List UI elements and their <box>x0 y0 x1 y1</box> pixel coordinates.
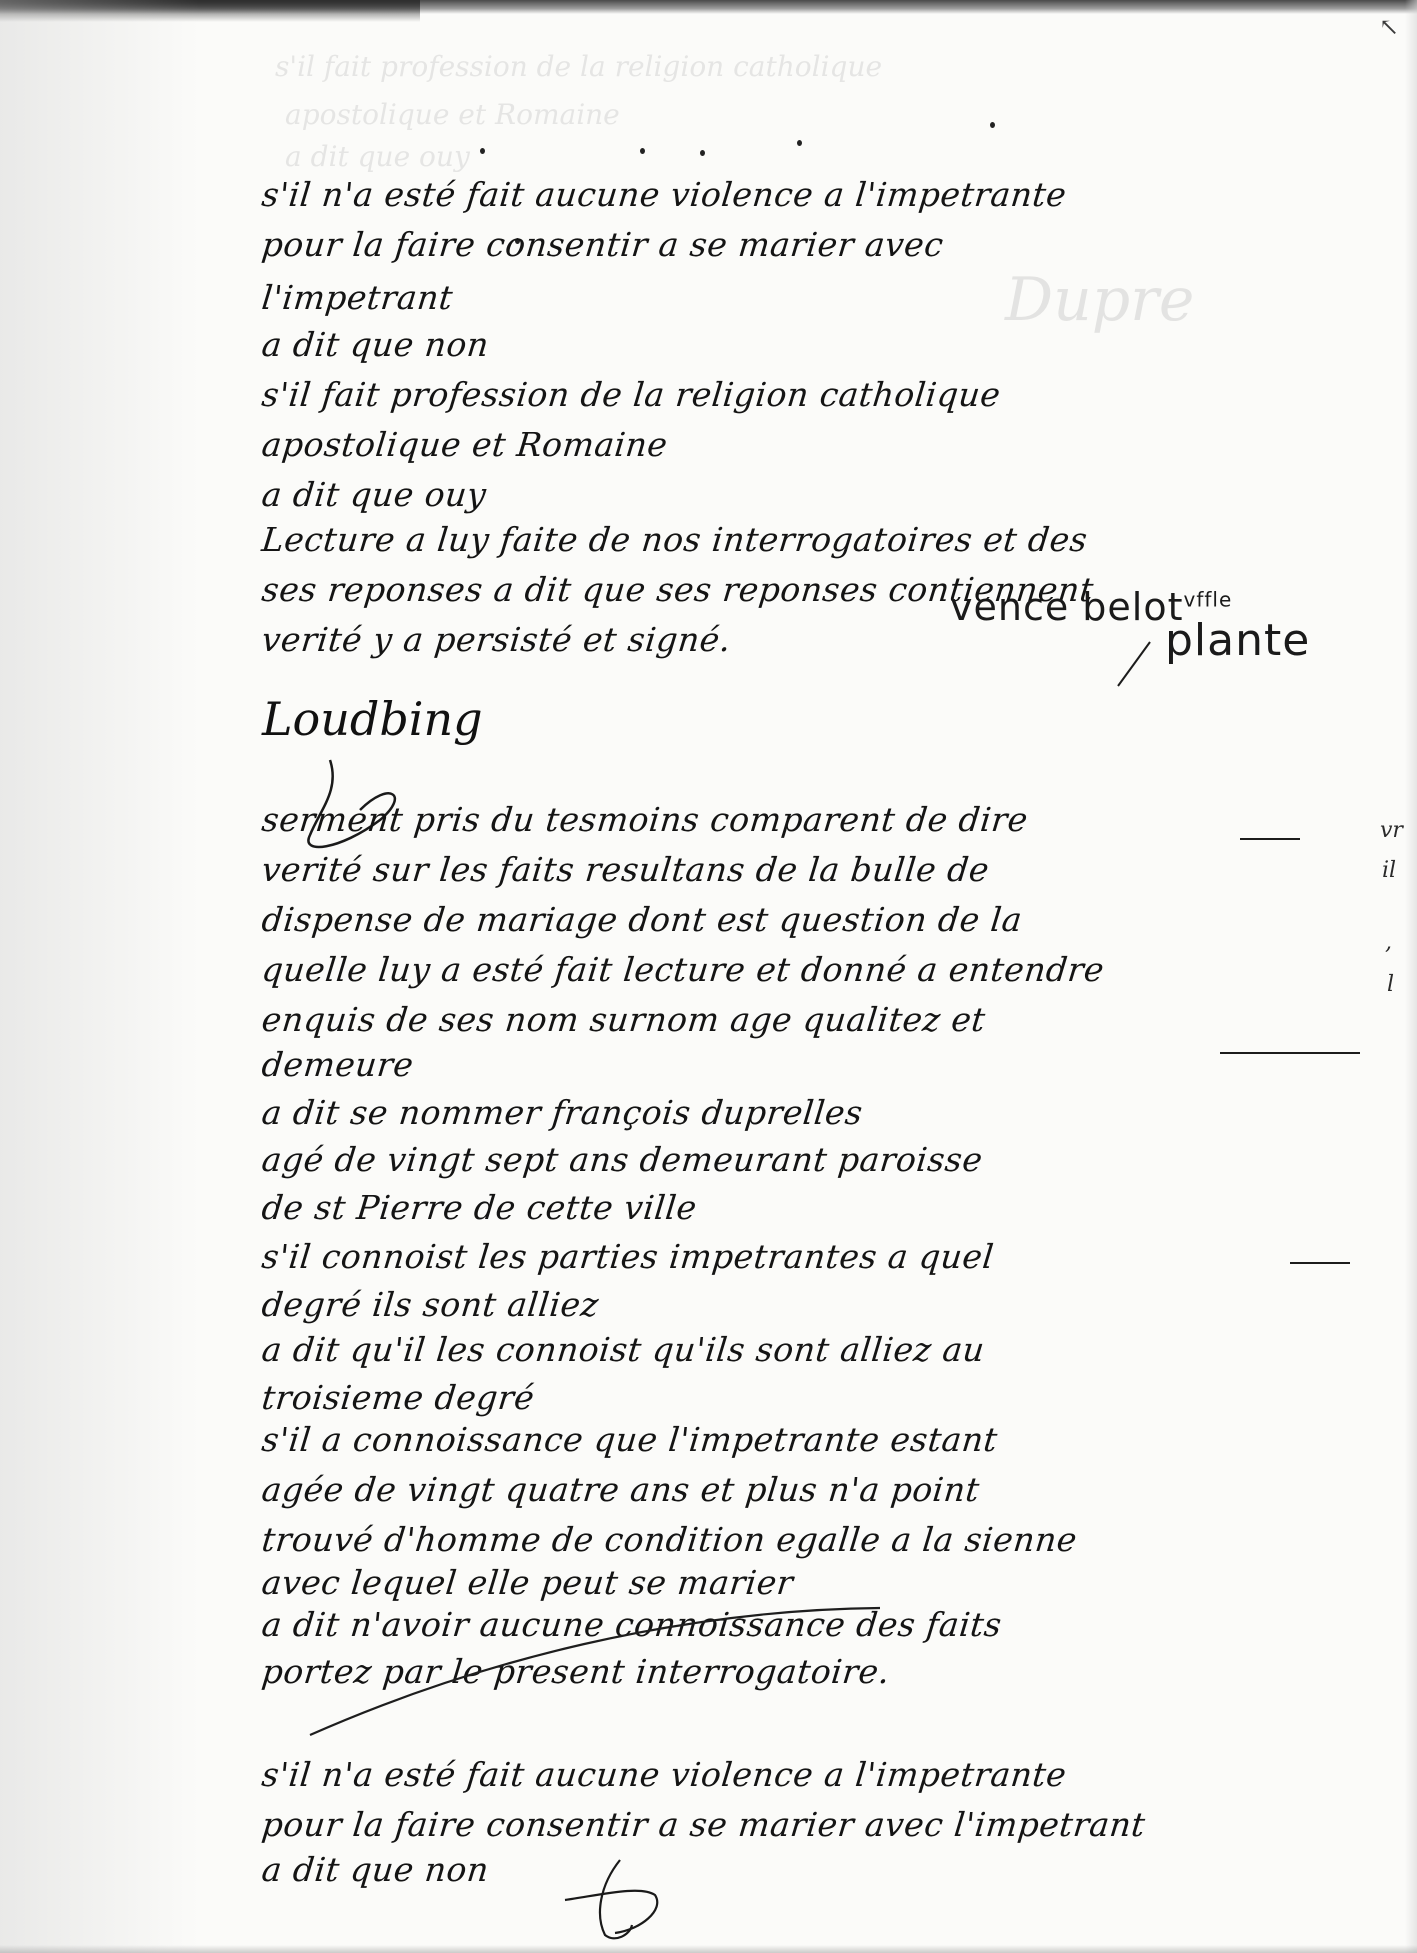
signature-loudbing: Loudbing <box>262 692 483 746</box>
manuscript-line: portez par le present interrogatoire. <box>260 1652 892 1691</box>
signature-suffix: vffle <box>1184 587 1233 611</box>
manuscript-line: s'il fait profession de la religion cath… <box>260 375 1003 414</box>
manuscript-line: a dit se nommer françois duprelles <box>260 1093 865 1132</box>
manuscript-page: ↖ s'il fait profession de la religion ca… <box>0 0 1417 1953</box>
ink-speck <box>480 148 485 154</box>
ink-speck <box>990 122 995 128</box>
manuscript-line: pour la faire consentir a se marier avec <box>260 225 946 264</box>
ink-speck <box>797 140 802 146</box>
paraph-mark <box>560 1855 670 1945</box>
manuscript-line: quelle luy a esté fait lecture et donné … <box>260 950 1106 989</box>
scan-bottom-edge <box>0 1945 1417 1953</box>
manuscript-line: s'il n'a esté fait aucune violence a l'i… <box>260 175 1069 214</box>
manuscript-line: Lecture a luy faite de nos interrogatoir… <box>260 520 1089 559</box>
manuscript-line: apostolique et Romaine <box>260 425 670 464</box>
manuscript-line: a dit qu'il les connoist qu'ils sont all… <box>260 1330 987 1369</box>
manuscript-line: troisieme degré <box>260 1378 536 1417</box>
manuscript-line: trouvé d'homme de condition egalle a la … <box>260 1520 1079 1559</box>
manuscript-line: dispense de mariage dont est question de… <box>260 900 1024 939</box>
bleed-through-line: a dit que ouy <box>285 140 470 173</box>
manuscript-line: demeure <box>260 1045 416 1084</box>
bleed-through-line: apostolique et Romaine <box>285 98 620 131</box>
signature-plante: plante <box>1165 615 1310 666</box>
margin-note: l <box>1387 972 1394 997</box>
ink-speck <box>700 150 705 156</box>
manuscript-line: agé de vingt sept ans demeurant paroisse <box>260 1140 985 1179</box>
manuscript-line: s'il a connoissance que l'impetrante est… <box>260 1420 1000 1459</box>
manuscript-line: degré ils sont alliez <box>260 1285 601 1324</box>
margin-note: , <box>1385 930 1392 955</box>
manuscript-line: a dit que non <box>260 325 491 364</box>
manuscript-line: a dit que ouy <box>260 475 488 514</box>
signature-text: vence belot <box>950 585 1184 629</box>
ink-speck <box>640 148 645 154</box>
manuscript-line: l'impetrant <box>260 278 455 317</box>
margin-note: vr <box>1380 818 1403 843</box>
manuscript-line: verité sur les faits resultans de la bul… <box>260 850 991 889</box>
margin-note: il <box>1382 858 1396 883</box>
manuscript-line: s'il connoist les parties impetrantes a … <box>260 1237 996 1276</box>
manuscript-line: pour la faire consentir a se marier avec… <box>260 1805 1147 1844</box>
manuscript-line: serment pris du tesmoins comparent de di… <box>260 800 1030 839</box>
manuscript-line: a dit que non <box>260 1850 491 1889</box>
corner-mark-icon: ↖ <box>1379 14 1409 40</box>
left-margin-bleed <box>0 0 200 1953</box>
line-filler-dash <box>1290 1262 1350 1264</box>
scan-right-edge <box>1405 0 1417 1953</box>
manuscript-line: verité y a persisté et signé. <box>260 620 733 659</box>
line-filler-dash <box>1220 1052 1360 1054</box>
manuscript-line: a dit n'avoir aucune connoissance des fa… <box>260 1605 1004 1644</box>
manuscript-line: enquis de ses nom surnom age qualitez et <box>260 1000 987 1039</box>
manuscript-line: s'il n'a esté fait aucune violence a l'i… <box>260 1755 1069 1794</box>
manuscript-line: avec lequel elle peut se marier <box>260 1563 795 1602</box>
bleed-through-stamp: Dupre <box>1005 265 1194 335</box>
signature-stroke <box>1110 640 1170 690</box>
manuscript-line: agée de vingt quatre ans et plus n'a poi… <box>260 1470 982 1509</box>
bleed-through-line: s'il fait profession de la religion cath… <box>275 50 882 83</box>
line-filler-dash <box>1240 838 1300 840</box>
manuscript-line: de st Pierre de cette ville <box>260 1188 699 1227</box>
